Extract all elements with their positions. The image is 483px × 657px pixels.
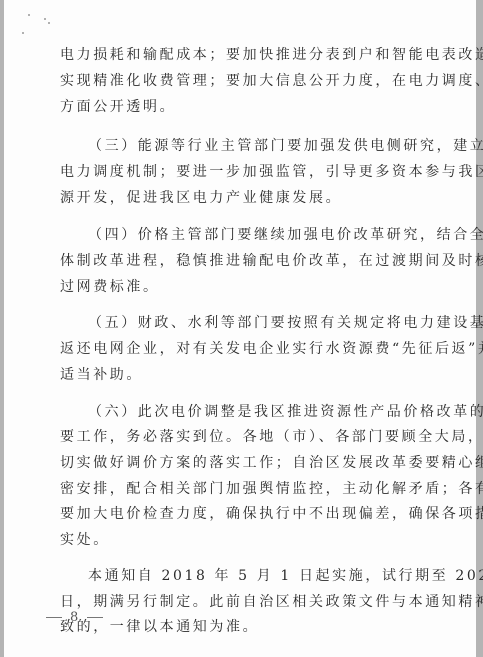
- document-page: 电力损耗和输配成本；要加快推进分表到户和智能电表改造进程， 实现精准化收费管理；…: [4, 0, 476, 657]
- text-line: 要加大电价检查力度，确保执行中不出现偏差，确保各项措施落到: [60, 505, 483, 523]
- scan-artifacts: [18, 8, 58, 38]
- text-line: 实现精准化收费管理；要加大信息公开力度，在电力调度、外送等: [60, 72, 483, 90]
- page-number: 8: [70, 610, 79, 625]
- text-line: 适当补助。: [60, 366, 143, 384]
- footer-dash-left: [46, 617, 62, 618]
- scan-speck: [44, 18, 46, 20]
- section-4-heading-line: （四）价格主管部门要继续加强电价改革研究，结合全区电力: [88, 226, 483, 244]
- scan-speck: [28, 14, 30, 16]
- text-line: 返还电网企业，对有关发电企业实行水资源费“先征后返”并给予: [60, 340, 483, 358]
- text-line: 体制改革进程，稳慎推进输配电价改革，在过渡期间及时核定相关: [60, 252, 483, 270]
- page-footer: 8: [38, 610, 111, 625]
- text-line: 电力损耗和输配成本；要加快推进分表到户和智能电表改造进程，: [60, 46, 483, 64]
- text-line: 电力调度机制；要进一步加强监管，引导更多资本参与我区电力资: [60, 163, 483, 181]
- closing-paragraph-line: 本通知自 2018 年 5 月 1 日起实施，试行期至 2020 年 12 月 …: [88, 567, 483, 585]
- section-3-heading-line: （三）能源等行业主管部门要加强发供电侧研究，建立和完善: [88, 137, 483, 155]
- text-line: 源开发，促进我区电力产业健康发展。: [60, 189, 342, 207]
- text-line: 过网费标准。: [60, 278, 160, 296]
- section-5-heading-line: （五）财政、水利等部门要按照有关规定将电力建设基金全额: [88, 314, 483, 332]
- text-line: 密安排，配合相关部门加强舆情监控，主动化解矛盾；各有关部门: [60, 480, 483, 498]
- footer-dash-right: [87, 617, 103, 618]
- section-6-heading-line: （六）此次电价调整是我区推进资源性产品价格改革的一项重: [88, 403, 483, 421]
- text-line: 切实做好调价方案的落实工作；自治区发展改革委要精心组织，周: [60, 454, 483, 472]
- text-line: 方面公开透明。: [60, 98, 176, 116]
- scan-speck: [48, 22, 50, 24]
- text-line: 日，期满另行制定。此前自治区相关政策文件与本通知精神不一: [60, 593, 483, 611]
- text-line: 要工作，务必落实到位。各地（市）、各部门要顾全大局，提高认识，: [60, 428, 483, 446]
- scan-speck: [22, 32, 24, 34]
- text-line: 实处。: [60, 531, 110, 549]
